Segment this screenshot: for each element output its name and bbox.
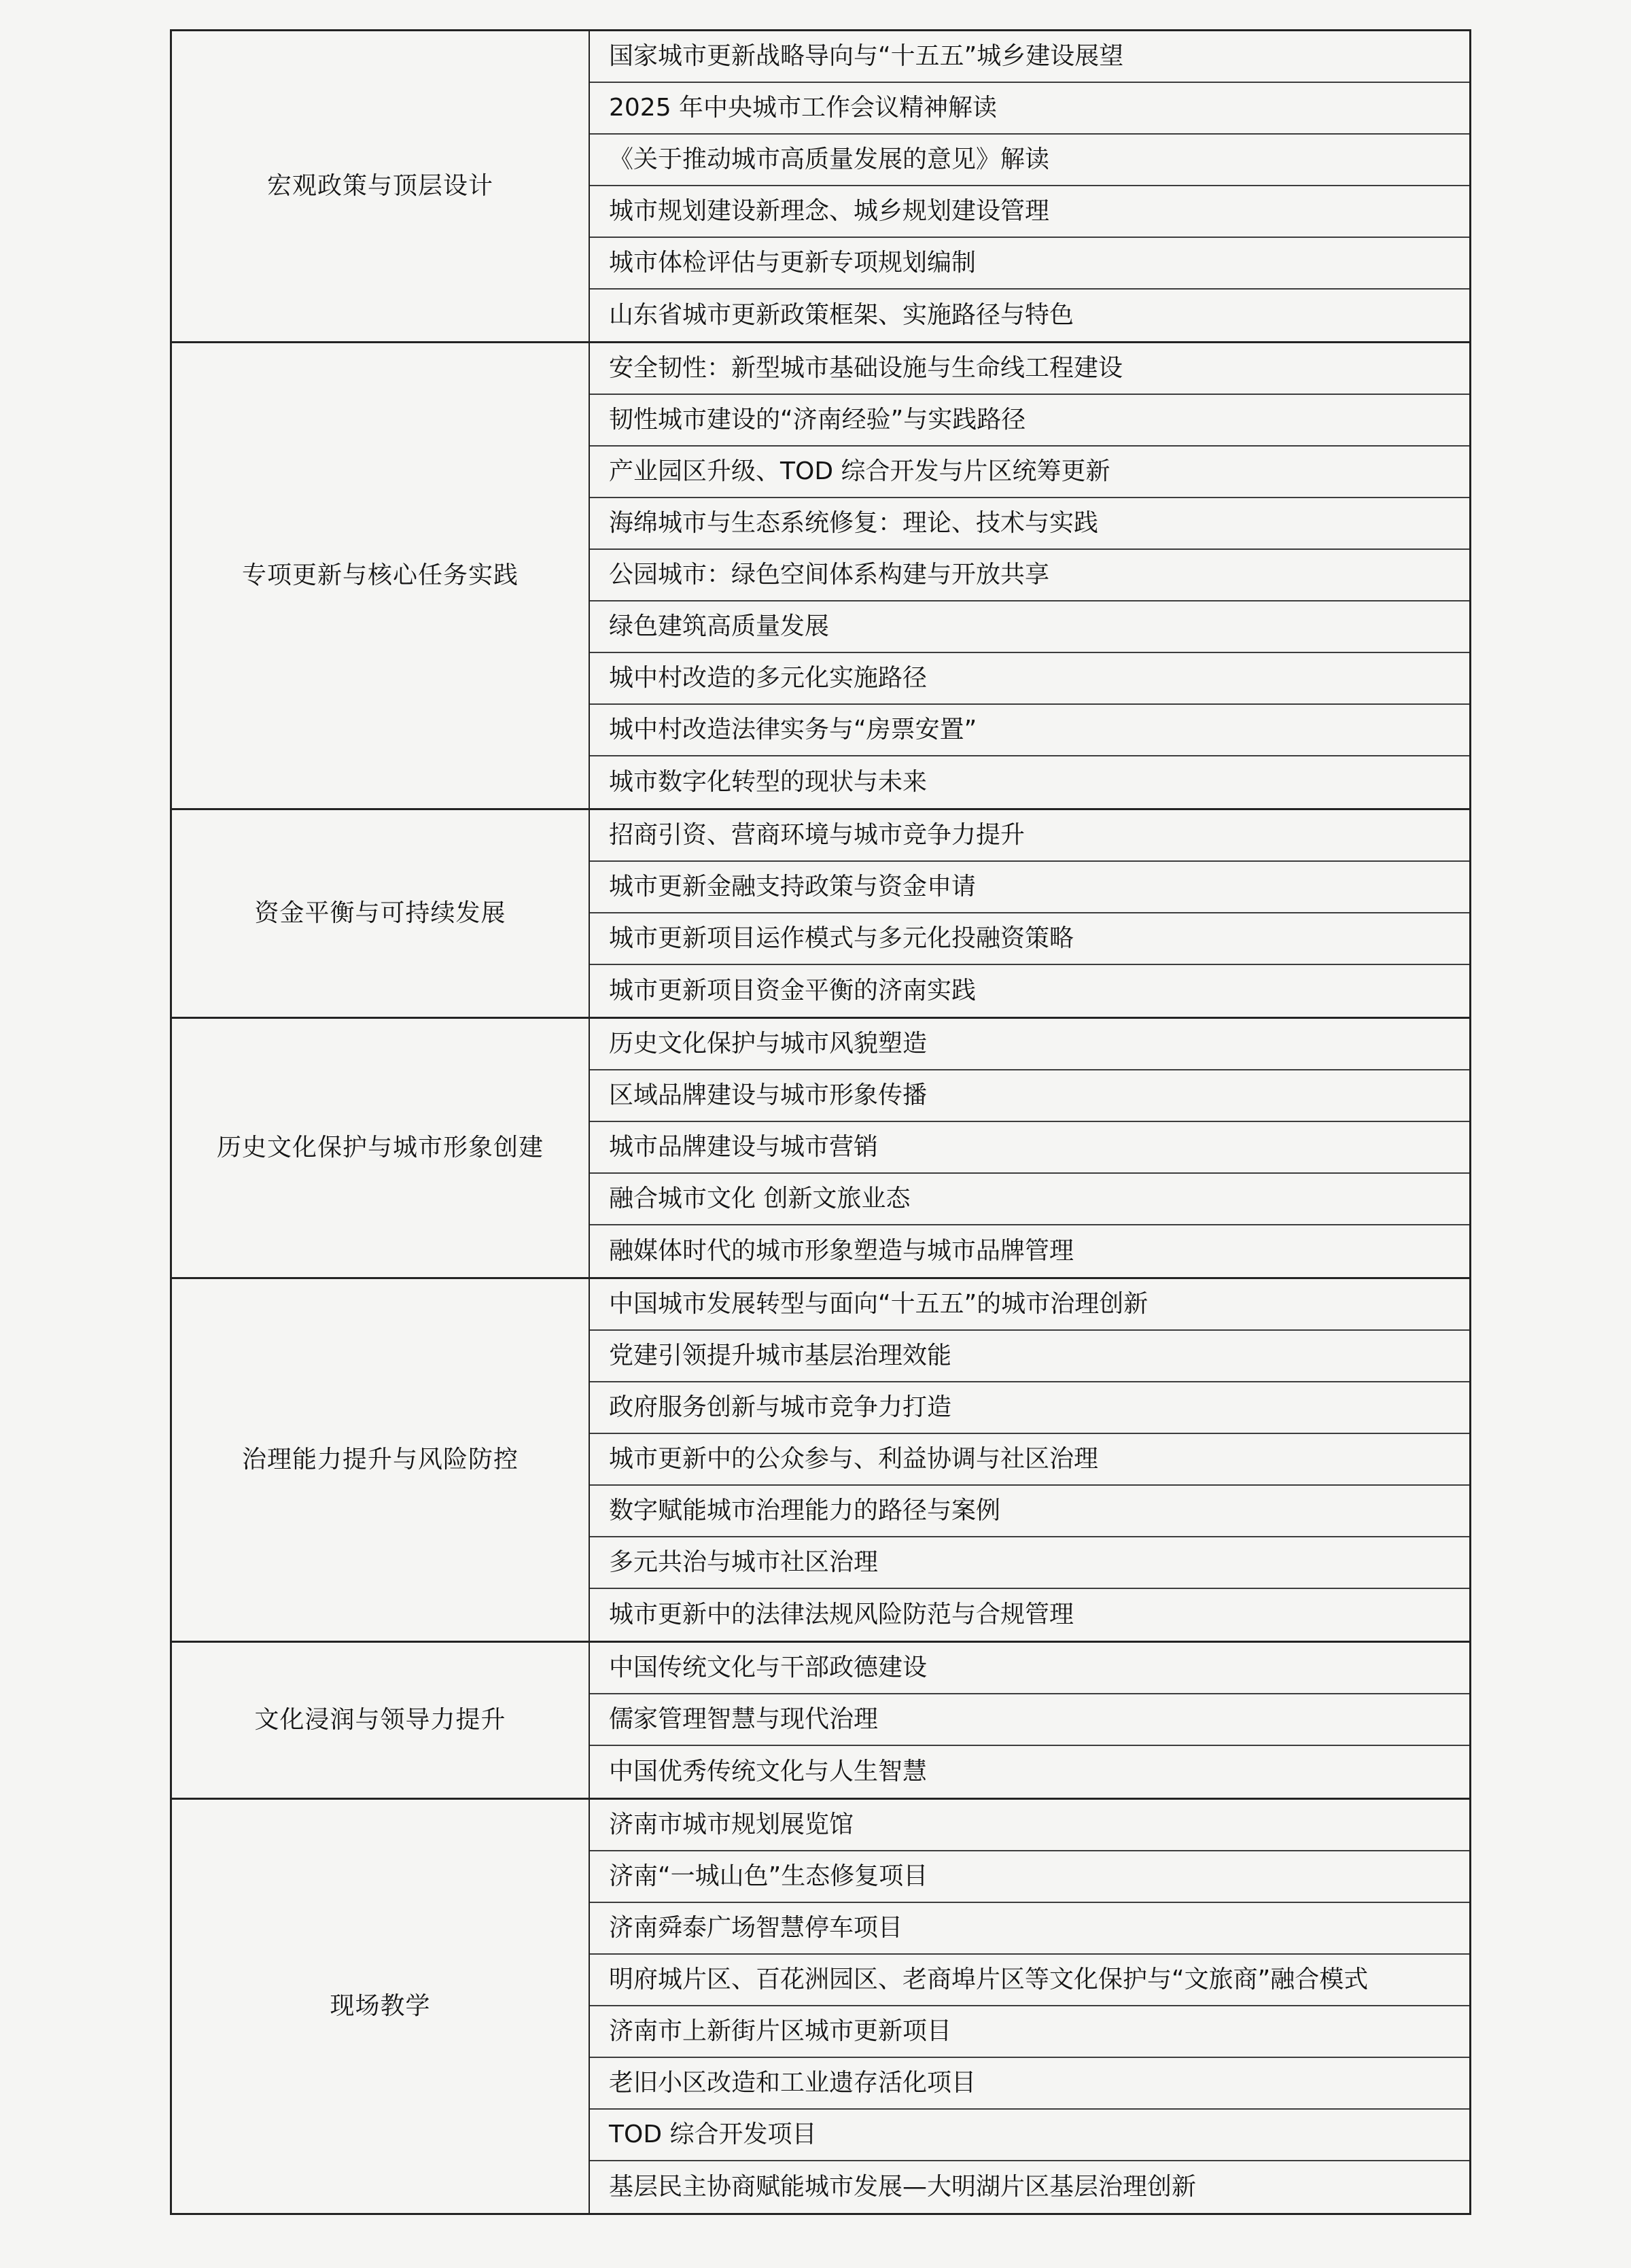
category-cell: 文化浸润与领导力提升 — [172, 1643, 590, 1798]
course-row: 绿色建筑高质量发展 — [590, 601, 1469, 653]
table-section-culture-leadership: 文化浸润与领导力提升 中国传统文化与干部政德建设 儒家管理智慧与现代治理 中国优… — [172, 1643, 1469, 1800]
table-section-governance-risk: 治理能力提升与风险防控 中国城市发展转型与面向“十五五”的城市治理创新 党建引领… — [172, 1279, 1469, 1643]
course-row: 《关于推动城市高质量发展的意见》解读 — [590, 135, 1469, 186]
course-row: 城市规划建设新理念、城乡规划建设管理 — [590, 186, 1469, 238]
course-row: 城市品牌建设与城市营销 — [590, 1122, 1469, 1174]
section-items: 中国城市发展转型与面向“十五五”的城市治理创新 党建引领提升城市基层治理效能 政… — [590, 1279, 1469, 1641]
category-cell: 治理能力提升与风险防控 — [172, 1279, 590, 1641]
course-row: 公园城市：绿色空间体系构建与开放共享 — [590, 550, 1469, 601]
category-cell: 资金平衡与可持续发展 — [172, 810, 590, 1017]
category-label: 治理能力提升与风险防控 — [242, 1444, 519, 1477]
course-row: 城市数字化转型的现状与未来 — [590, 756, 1469, 808]
category-label: 历史文化保护与城市形象创建 — [217, 1132, 544, 1165]
course-row: 城市更新中的法律法规风险防范与合规管理 — [590, 1589, 1469, 1641]
category-label: 专项更新与核心任务实践 — [242, 559, 519, 593]
course-row: 城市体检评估与更新专项规划编制 — [590, 238, 1469, 290]
course-row: 济南市上新街片区城市更新项目 — [590, 2006, 1469, 2058]
course-row: 济南舜泰广场智慧停车项目 — [590, 1903, 1469, 1955]
category-cell: 宏观政策与顶层设计 — [172, 31, 590, 341]
section-items: 国家城市更新战略导向与“十五五”城乡建设展望 2025 年中央城市工作会议精神解… — [590, 31, 1469, 341]
course-row: 安全韧性：新型城市基础设施与生命线工程建设 — [590, 343, 1469, 395]
course-row: 产业园区升级、TOD 综合开发与片区统筹更新 — [590, 447, 1469, 498]
course-row: 济南市城市规划展览馆 — [590, 1800, 1469, 1851]
section-items: 招商引资、营商环境与城市竞争力提升 城市更新金融支持政策与资金申请 城市更新项目… — [590, 810, 1469, 1017]
course-row: 明府城片区、百花洲园区、老商埠片区等文化保护与“文旅商”融合模式 — [590, 1955, 1469, 2006]
table-section-funding-balance: 资金平衡与可持续发展 招商引资、营商环境与城市竞争力提升 城市更新金融支持政策与… — [172, 810, 1469, 1019]
course-row: 基层民主协商赋能城市发展—大明湖片区基层治理创新 — [590, 2161, 1469, 2213]
course-row: 城市更新中的公众参与、利益协调与社区治理 — [590, 1434, 1469, 1486]
course-row: 区域品牌建设与城市形象传播 — [590, 1070, 1469, 1122]
table-section-special-renewal: 专项更新与核心任务实践 安全韧性：新型城市基础设施与生命线工程建设 韧性城市建设… — [172, 343, 1469, 810]
category-label: 资金平衡与可持续发展 — [254, 897, 506, 930]
course-row: 国家城市更新战略导向与“十五五”城乡建设展望 — [590, 31, 1469, 83]
course-row: 历史文化保护与城市风貌塑造 — [590, 1019, 1469, 1070]
course-row: 城市更新项目运作模式与多元化投融资策略 — [590, 913, 1469, 965]
section-items: 中国传统文化与干部政德建设 儒家管理智慧与现代治理 中国优秀传统文化与人生智慧 — [590, 1643, 1469, 1798]
course-row: 融媒体时代的城市形象塑造与城市品牌管理 — [590, 1225, 1469, 1277]
category-cell: 历史文化保护与城市形象创建 — [172, 1019, 590, 1277]
table-section-field-teaching: 现场教学 济南市城市规划展览馆 济南“一城山色”生态修复项目 济南舜泰广场智慧停… — [172, 1800, 1469, 2213]
table-section-heritage-image: 历史文化保护与城市形象创建 历史文化保护与城市风貌塑造 区域品牌建设与城市形象传… — [172, 1019, 1469, 1279]
course-row: 中国优秀传统文化与人生智慧 — [590, 1746, 1469, 1798]
category-cell: 专项更新与核心任务实践 — [172, 343, 590, 808]
course-row: 中国城市发展转型与面向“十五五”的城市治理创新 — [590, 1279, 1469, 1331]
course-row: 海绵城市与生态系统修复：理论、技术与实践 — [590, 498, 1469, 550]
section-items: 历史文化保护与城市风貌塑造 区域品牌建设与城市形象传播 城市品牌建设与城市营销 … — [590, 1019, 1469, 1277]
course-row: 韧性城市建设的“济南经验”与实践路径 — [590, 395, 1469, 447]
table-section-macro-policy: 宏观政策与顶层设计 国家城市更新战略导向与“十五五”城乡建设展望 2025 年中… — [172, 31, 1469, 343]
curriculum-table: 宏观政策与顶层设计 国家城市更新战略导向与“十五五”城乡建设展望 2025 年中… — [170, 29, 1471, 2215]
course-row: 数字赋能城市治理能力的路径与案例 — [590, 1486, 1469, 1537]
course-row: 城中村改造的多元化实施路径 — [590, 653, 1469, 705]
course-row: 城市更新金融支持政策与资金申请 — [590, 862, 1469, 913]
course-row: 城市更新项目资金平衡的济南实践 — [590, 965, 1469, 1017]
category-cell: 现场教学 — [172, 1800, 590, 2213]
course-row: 政府服务创新与城市竞争力打造 — [590, 1382, 1469, 1434]
course-row: 山东省城市更新政策框架、实施路径与特色 — [590, 290, 1469, 341]
course-row: 城中村改造法律实务与“房票安置” — [590, 705, 1469, 756]
course-row: 党建引领提升城市基层治理效能 — [590, 1331, 1469, 1382]
course-row: 招商引资、营商环境与城市竞争力提升 — [590, 810, 1469, 862]
category-label: 文化浸润与领导力提升 — [254, 1704, 506, 1737]
course-row: TOD 综合开发项目 — [590, 2110, 1469, 2161]
section-items: 济南市城市规划展览馆 济南“一城山色”生态修复项目 济南舜泰广场智慧停车项目 明… — [590, 1800, 1469, 2213]
section-items: 安全韧性：新型城市基础设施与生命线工程建设 韧性城市建设的“济南经验”与实践路径… — [590, 343, 1469, 808]
course-row: 融合城市文化 创新文旅业态 — [590, 1174, 1469, 1225]
course-row: 中国传统文化与干部政德建设 — [590, 1643, 1469, 1694]
course-row: 2025 年中央城市工作会议精神解读 — [590, 83, 1469, 135]
course-row: 济南“一城山色”生态修复项目 — [590, 1851, 1469, 1903]
category-label: 宏观政策与顶层设计 — [267, 170, 493, 203]
category-label: 现场教学 — [330, 1990, 430, 2023]
course-row: 老旧小区改造和工业遗存活化项目 — [590, 2058, 1469, 2110]
course-row: 儒家管理智慧与现代治理 — [590, 1694, 1469, 1746]
course-row: 多元共治与城市社区治理 — [590, 1537, 1469, 1589]
